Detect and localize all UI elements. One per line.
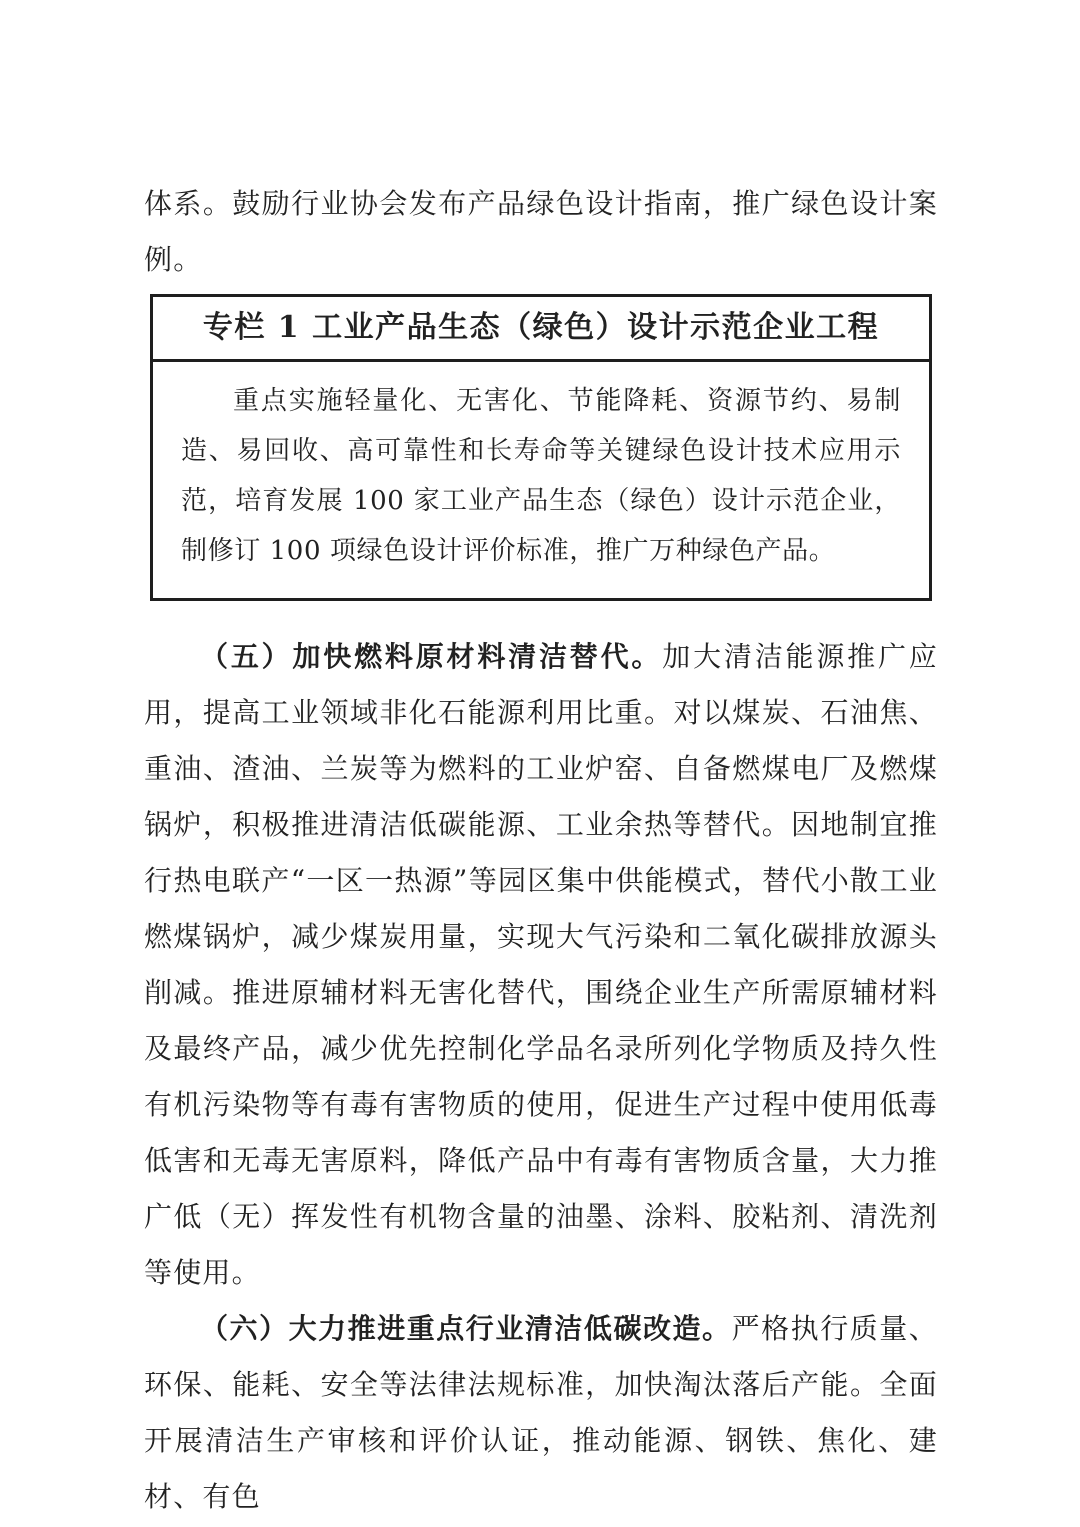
intro-paragraph: 体系。鼓励行业协会发布产品绿色设计指南，推广绿色设计案例。 — [144, 176, 938, 288]
callout-box-title: 专栏 1 工业产品生态（绿色）设计示范企业工程 — [153, 297, 929, 362]
callout-box-body: 重点实施轻量化、无害化、节能降耗、资源节约、易制造、易回收、高可靠性和长寿命等关… — [153, 362, 929, 598]
paragraph-item-6: （六）大力推进重点行业清洁低碳改造。严格执行质量、环保、能耗、安全等法律法规标准… — [144, 1301, 938, 1525]
paragraph-5-lead: （五）加快燃料原材料清洁替代。 — [200, 640, 662, 673]
callout-box: 专栏 1 工业产品生态（绿色）设计示范企业工程 重点实施轻量化、无害化、节能降耗… — [150, 294, 932, 601]
document-content: 体系。鼓励行业协会发布产品绿色设计指南，推广绿色设计案例。 专栏 1 工业产品生… — [144, 176, 938, 1525]
paragraph-item-5: （五）加快燃料原材料清洁替代。加大清洁能源推广应用，提高工业领域非化石能源利用比… — [144, 629, 938, 1301]
paragraph-6-lead: （六）大力推进重点行业清洁低碳改造。 — [200, 1312, 732, 1345]
document-page: 体系。鼓励行业协会发布产品绿色设计指南，推广绿色设计案例。 专栏 1 工业产品生… — [0, 0, 1080, 1527]
paragraph-5-body: 加大清洁能源推广应用，提高工业领域非化石能源利用比重。对以煤炭、石油焦、重油、渣… — [144, 640, 938, 1289]
